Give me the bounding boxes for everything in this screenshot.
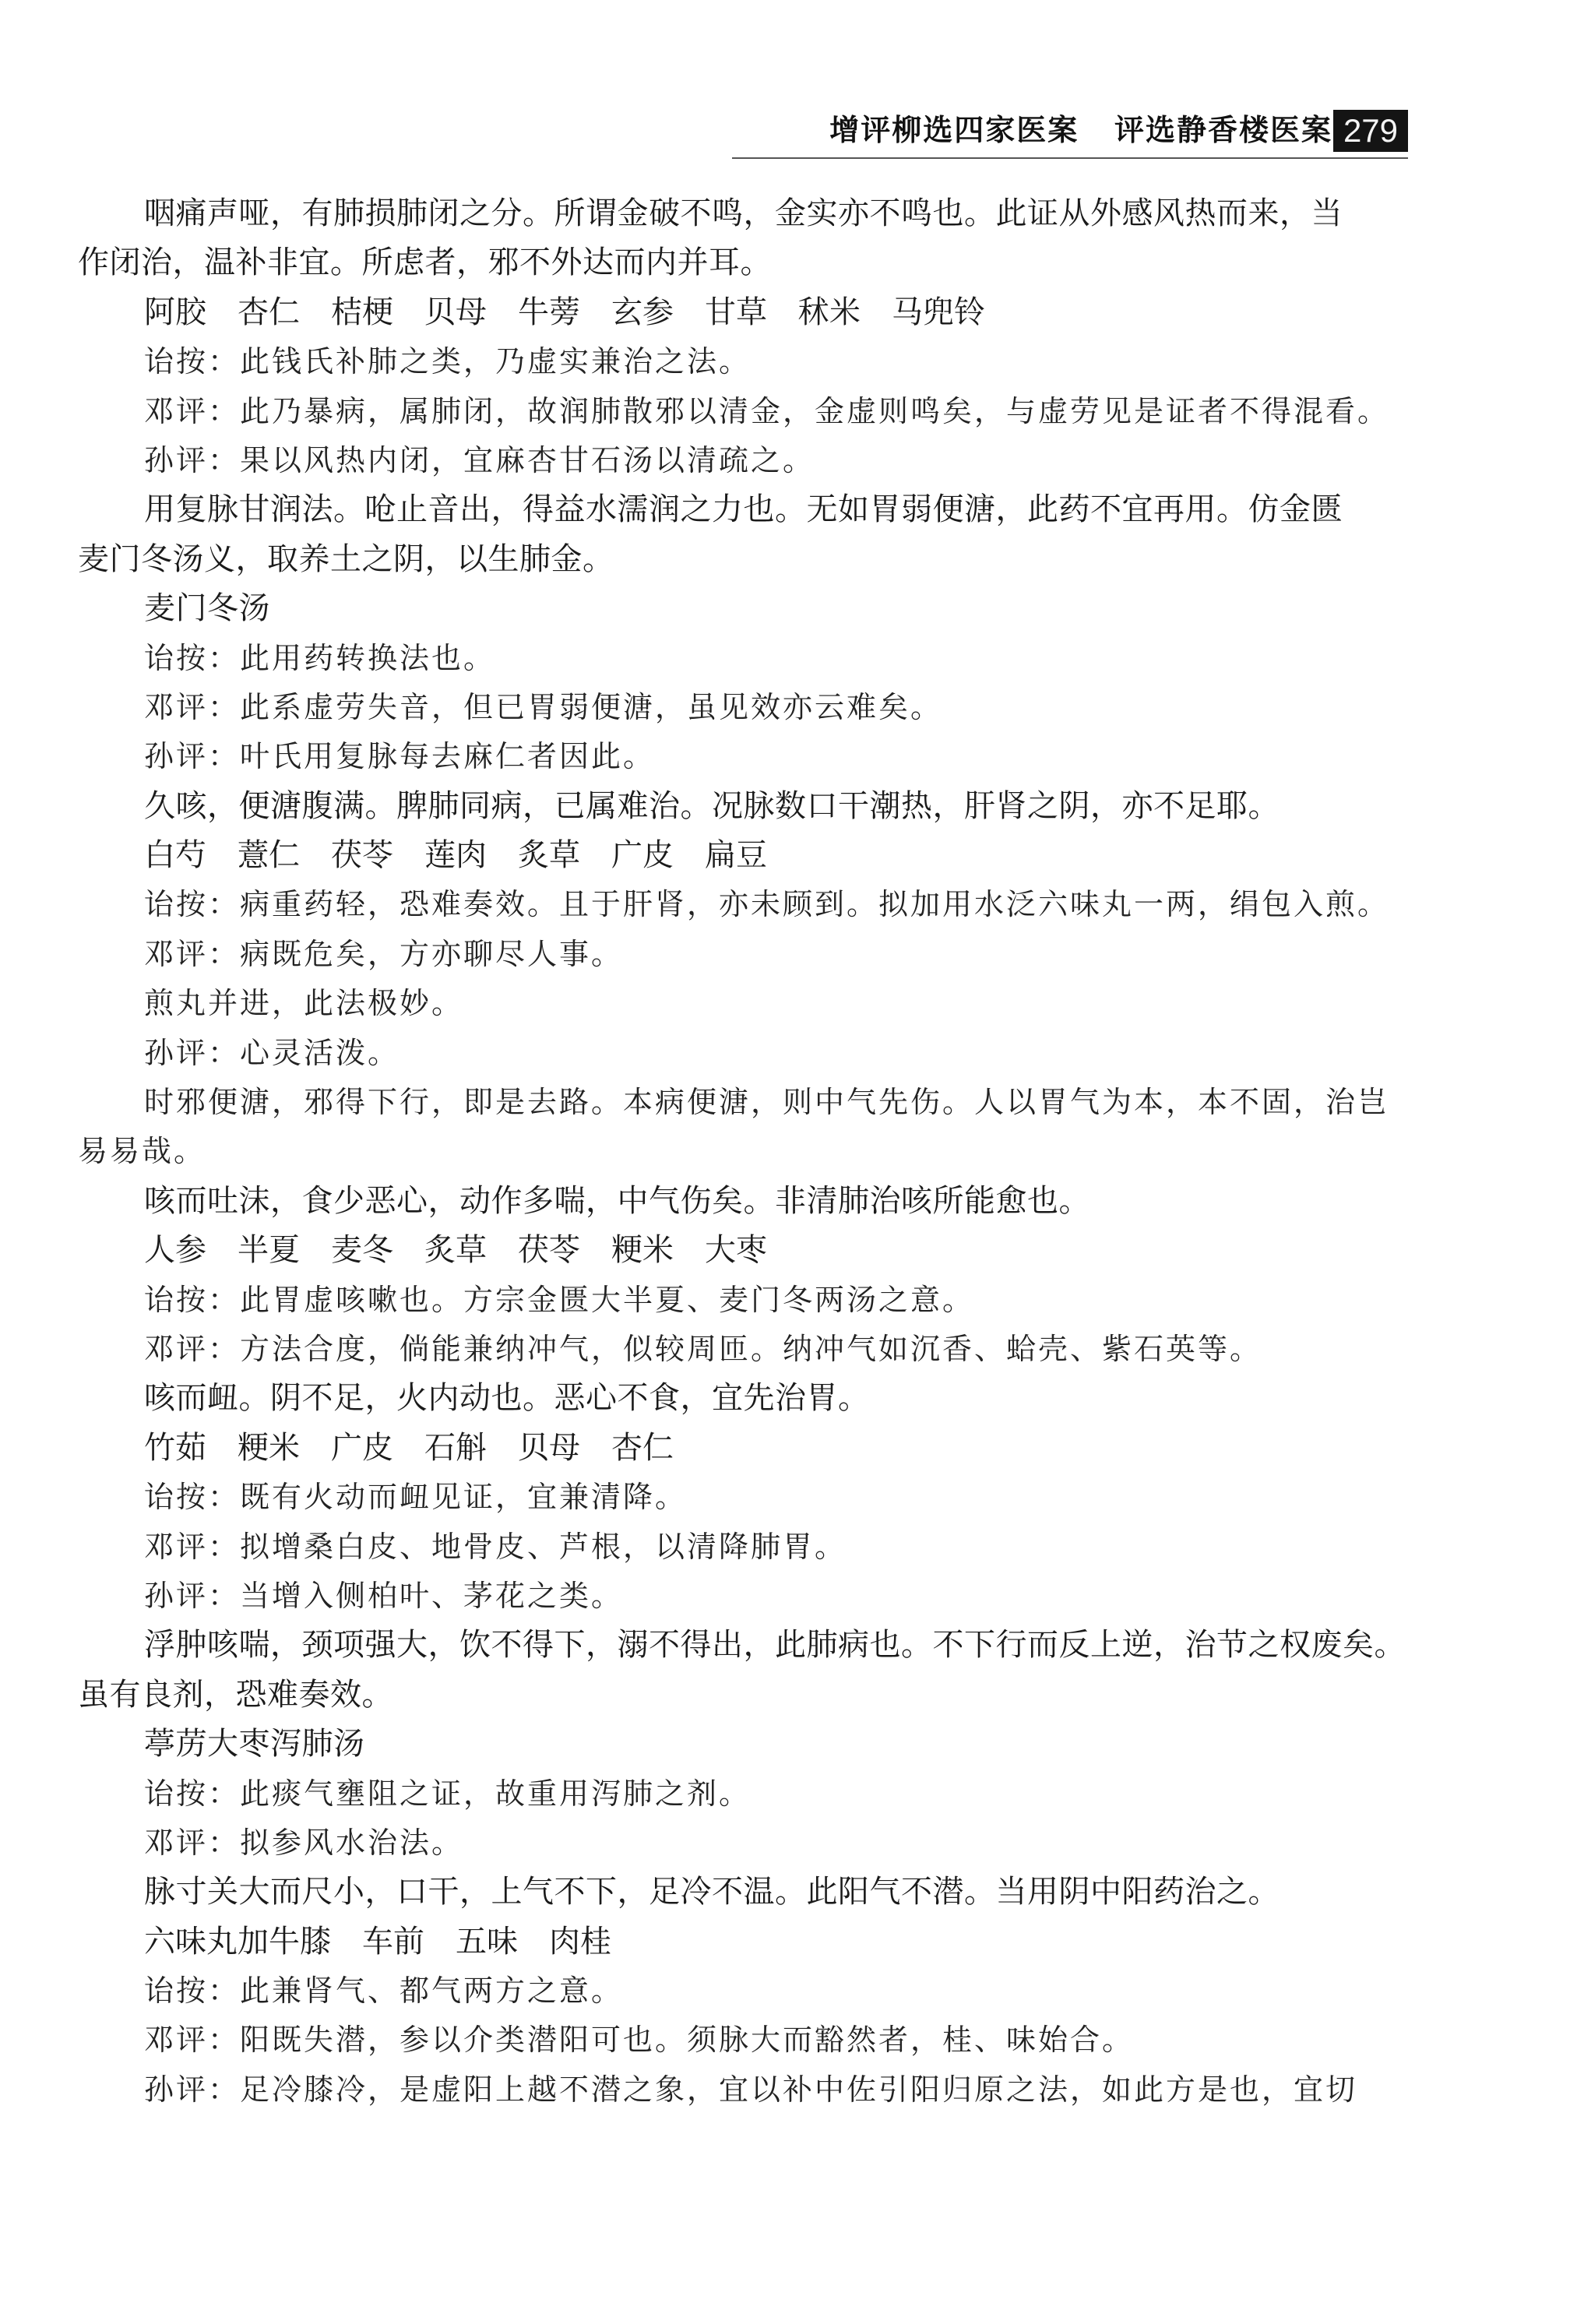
commentary-line: 孙评：足冷膝冷，是虚阳上越不潜之象，宜以补中佐引阳归原之法，如此方是也，宜切 xyxy=(78,2065,1417,2114)
case-text-line: 咽痛声哑，有肺损肺闭之分。所谓金破不鸣，金实亦不鸣也。此证从外感风热而来，当 xyxy=(78,189,1417,238)
herb-item: 粳米 xyxy=(238,1424,300,1473)
case-text-line: 浮肿咳喘，颈项强大，饮不得下，溺不得出，此肺病也。不下行而反上逆，治节之权废矣。 xyxy=(78,1621,1417,1670)
running-header: 增评柳选四家医案 评选静香楼医案两卷 279 xyxy=(0,0,1570,167)
herb-item: 贝母 xyxy=(424,288,487,337)
herb-item: 杏仁 xyxy=(611,1424,674,1473)
herb-item: 大枣 xyxy=(705,1226,767,1275)
herb-item: 秫米 xyxy=(798,288,861,337)
case-text-line: 作闭治，温补非宜。所虑者，邪不外达而内并耳。 xyxy=(78,238,1417,287)
herb-item: 六味丸加牛膝 xyxy=(144,1917,331,1967)
case-text-line: 用复脉甘润法。呛止音出，得益水濡润之力也。无如胃弱便溏，此药不宜再用。仿金匮 xyxy=(78,485,1417,534)
commentary-line: 孙评：当增入侧柏叶、茅花之类。 xyxy=(78,1572,1417,1621)
case-text-line: 咳而衄。阴不足，火内动也。恶心不食，宜先治胃。 xyxy=(78,1374,1417,1423)
herb-item: 玄参 xyxy=(611,288,674,337)
herb-item: 阿胶 xyxy=(144,288,206,337)
herb-item: 半夏 xyxy=(238,1226,300,1275)
herb-item: 肉桂 xyxy=(549,1917,611,1967)
prescription-line: 六味丸加牛膝车前五味肉桂 xyxy=(78,1917,1417,1967)
commentary-line: 邓评：此系虚劳失音，但已胃弱便溏，虽见效亦云难矣。 xyxy=(78,683,1417,732)
case-text-line: 麦门冬汤 xyxy=(78,584,1417,633)
commentary-line: 煎丸并进，此法极妙。 xyxy=(78,979,1417,1028)
herb-item: 薏仁 xyxy=(238,831,300,880)
commentary-line: 邓评：拟增桑白皮、地骨皮、芦根，以清降肺胃。 xyxy=(78,1523,1417,1572)
commentary-line: 诒按：此胃虚咳嗽也。方宗金匮大半夏、麦门冬两汤之意。 xyxy=(78,1276,1417,1325)
herb-item: 贝母 xyxy=(518,1424,580,1473)
case-text-line: 久咳，便溏腹满。脾肺同病，已属难治。况脉数口干潮热，肝肾之阴，亦不足耶。 xyxy=(78,782,1417,831)
commentary-line: 易易哉。 xyxy=(78,1127,1417,1176)
case-text-line: 葶苈大枣泻肺汤 xyxy=(78,1720,1417,1769)
case-text-line: 咳而吐沫，食少恶心，动作多喘，中气伤矣。非清肺治咳所能愈也。 xyxy=(78,1177,1417,1226)
herb-item: 五味 xyxy=(456,1917,518,1967)
commentary-line: 邓评：病既危矣，方亦聊尽人事。 xyxy=(78,930,1417,979)
herb-item: 甘草 xyxy=(705,288,767,337)
herb-item: 扁豆 xyxy=(705,831,767,880)
herb-item: 牛蒡 xyxy=(518,288,580,337)
commentary-line: 孙评：叶氏用复脉每去麻仁者因此。 xyxy=(78,732,1417,781)
herb-item: 茯苓 xyxy=(518,1226,580,1275)
prescription-line: 竹茹粳米广皮石斛贝母杏仁 xyxy=(78,1424,1417,1473)
page-body: 咽痛声哑，有肺损肺闭之分。所谓金破不鸣，金实亦不鸣也。此证从外感风热而来，当作闭… xyxy=(78,189,1417,2114)
herb-item: 莲肉 xyxy=(424,831,487,880)
header-title: 增评柳选四家医案 评选静香楼医案两卷 xyxy=(829,107,1395,153)
herb-item: 茯苓 xyxy=(331,831,393,880)
herb-item: 竹茹 xyxy=(144,1424,206,1473)
herb-item: 广皮 xyxy=(331,1424,393,1473)
case-text-line: 虽有良剂，恐难奏效。 xyxy=(78,1671,1417,1720)
commentary-line: 邓评：方法合度，倘能兼纳冲气，似较周匝。纳冲气如沉香、蛤壳、紫石英等。 xyxy=(78,1325,1417,1374)
herb-item: 炙草 xyxy=(424,1226,487,1275)
herb-item: 马兜铃 xyxy=(892,288,985,337)
herb-item: 杏仁 xyxy=(238,288,300,337)
case-text-line: 脉寸关大而尺小，口干，上气不下，足冷不温。此阳气不潜。当用阴中阳药治之。 xyxy=(78,1868,1417,1917)
commentary-line: 诒按：病重药轻，恐难奏效。且于肝肾，亦未顾到。拟加用水泛六味丸一两，绢包入煎。 xyxy=(78,880,1417,929)
commentary-line: 诒按：此兼肾气、都气两方之意。 xyxy=(78,1967,1417,2016)
case-text-line: 麦门冬汤义，取养土之阴，以生肺金。 xyxy=(78,535,1417,584)
herb-item: 麦冬 xyxy=(331,1226,393,1275)
herb-item: 白芍 xyxy=(144,831,206,880)
herb-item: 粳米 xyxy=(611,1226,674,1275)
commentary-line: 邓评：拟参风水治法。 xyxy=(78,1819,1417,1868)
herb-item: 车前 xyxy=(362,1917,424,1967)
commentary-line: 孙评：心灵活泼。 xyxy=(78,1029,1417,1078)
commentary-line: 时邪便溏，邪得下行，即是去路。本病便溏，则中气先伤。人以胃气为本，本不固，治岂 xyxy=(78,1078,1417,1127)
book-title: 增评柳选四家医案 xyxy=(829,112,1079,147)
commentary-line: 诒按：此用药转换法也。 xyxy=(78,634,1417,683)
commentary-line: 诒按：既有火动而衄见证，宜兼清降。 xyxy=(78,1473,1417,1522)
commentary-line: 邓评：阳既失潜，参以介类潜阳可也。须脉大而豁然者，桂、味始合。 xyxy=(78,2016,1417,2065)
herb-item: 桔梗 xyxy=(331,288,393,337)
commentary-line: 孙评：果以风热内闭，宜麻杏甘石汤以清疏之。 xyxy=(78,436,1417,485)
header-divider xyxy=(732,157,1408,159)
herb-item: 人参 xyxy=(144,1226,206,1275)
herb-item: 石斛 xyxy=(424,1424,487,1473)
prescription-line: 人参半夏麦冬炙草茯苓粳米大枣 xyxy=(78,1226,1417,1275)
prescription-line: 阿胶杏仁桔梗贝母牛蒡玄参甘草秫米马兜铃 xyxy=(78,288,1417,337)
herb-item: 广皮 xyxy=(611,831,674,880)
herb-item: 炙草 xyxy=(518,831,580,880)
page-number-badge: 279 xyxy=(1333,110,1408,152)
prescription-line: 白芍薏仁茯苓莲肉炙草广皮扁豆 xyxy=(78,831,1417,880)
commentary-line: 诒按：此钱氏补肺之类，乃虚实兼治之法。 xyxy=(78,337,1417,386)
commentary-line: 诒按：此痰气壅阻之证，故重用泻肺之剂。 xyxy=(78,1769,1417,1819)
commentary-line: 邓评：此乃暴病，属肺闭，故润肺散邪以清金，金虚则鸣矣，与虚劳见是证者不得混看。 xyxy=(78,387,1417,436)
